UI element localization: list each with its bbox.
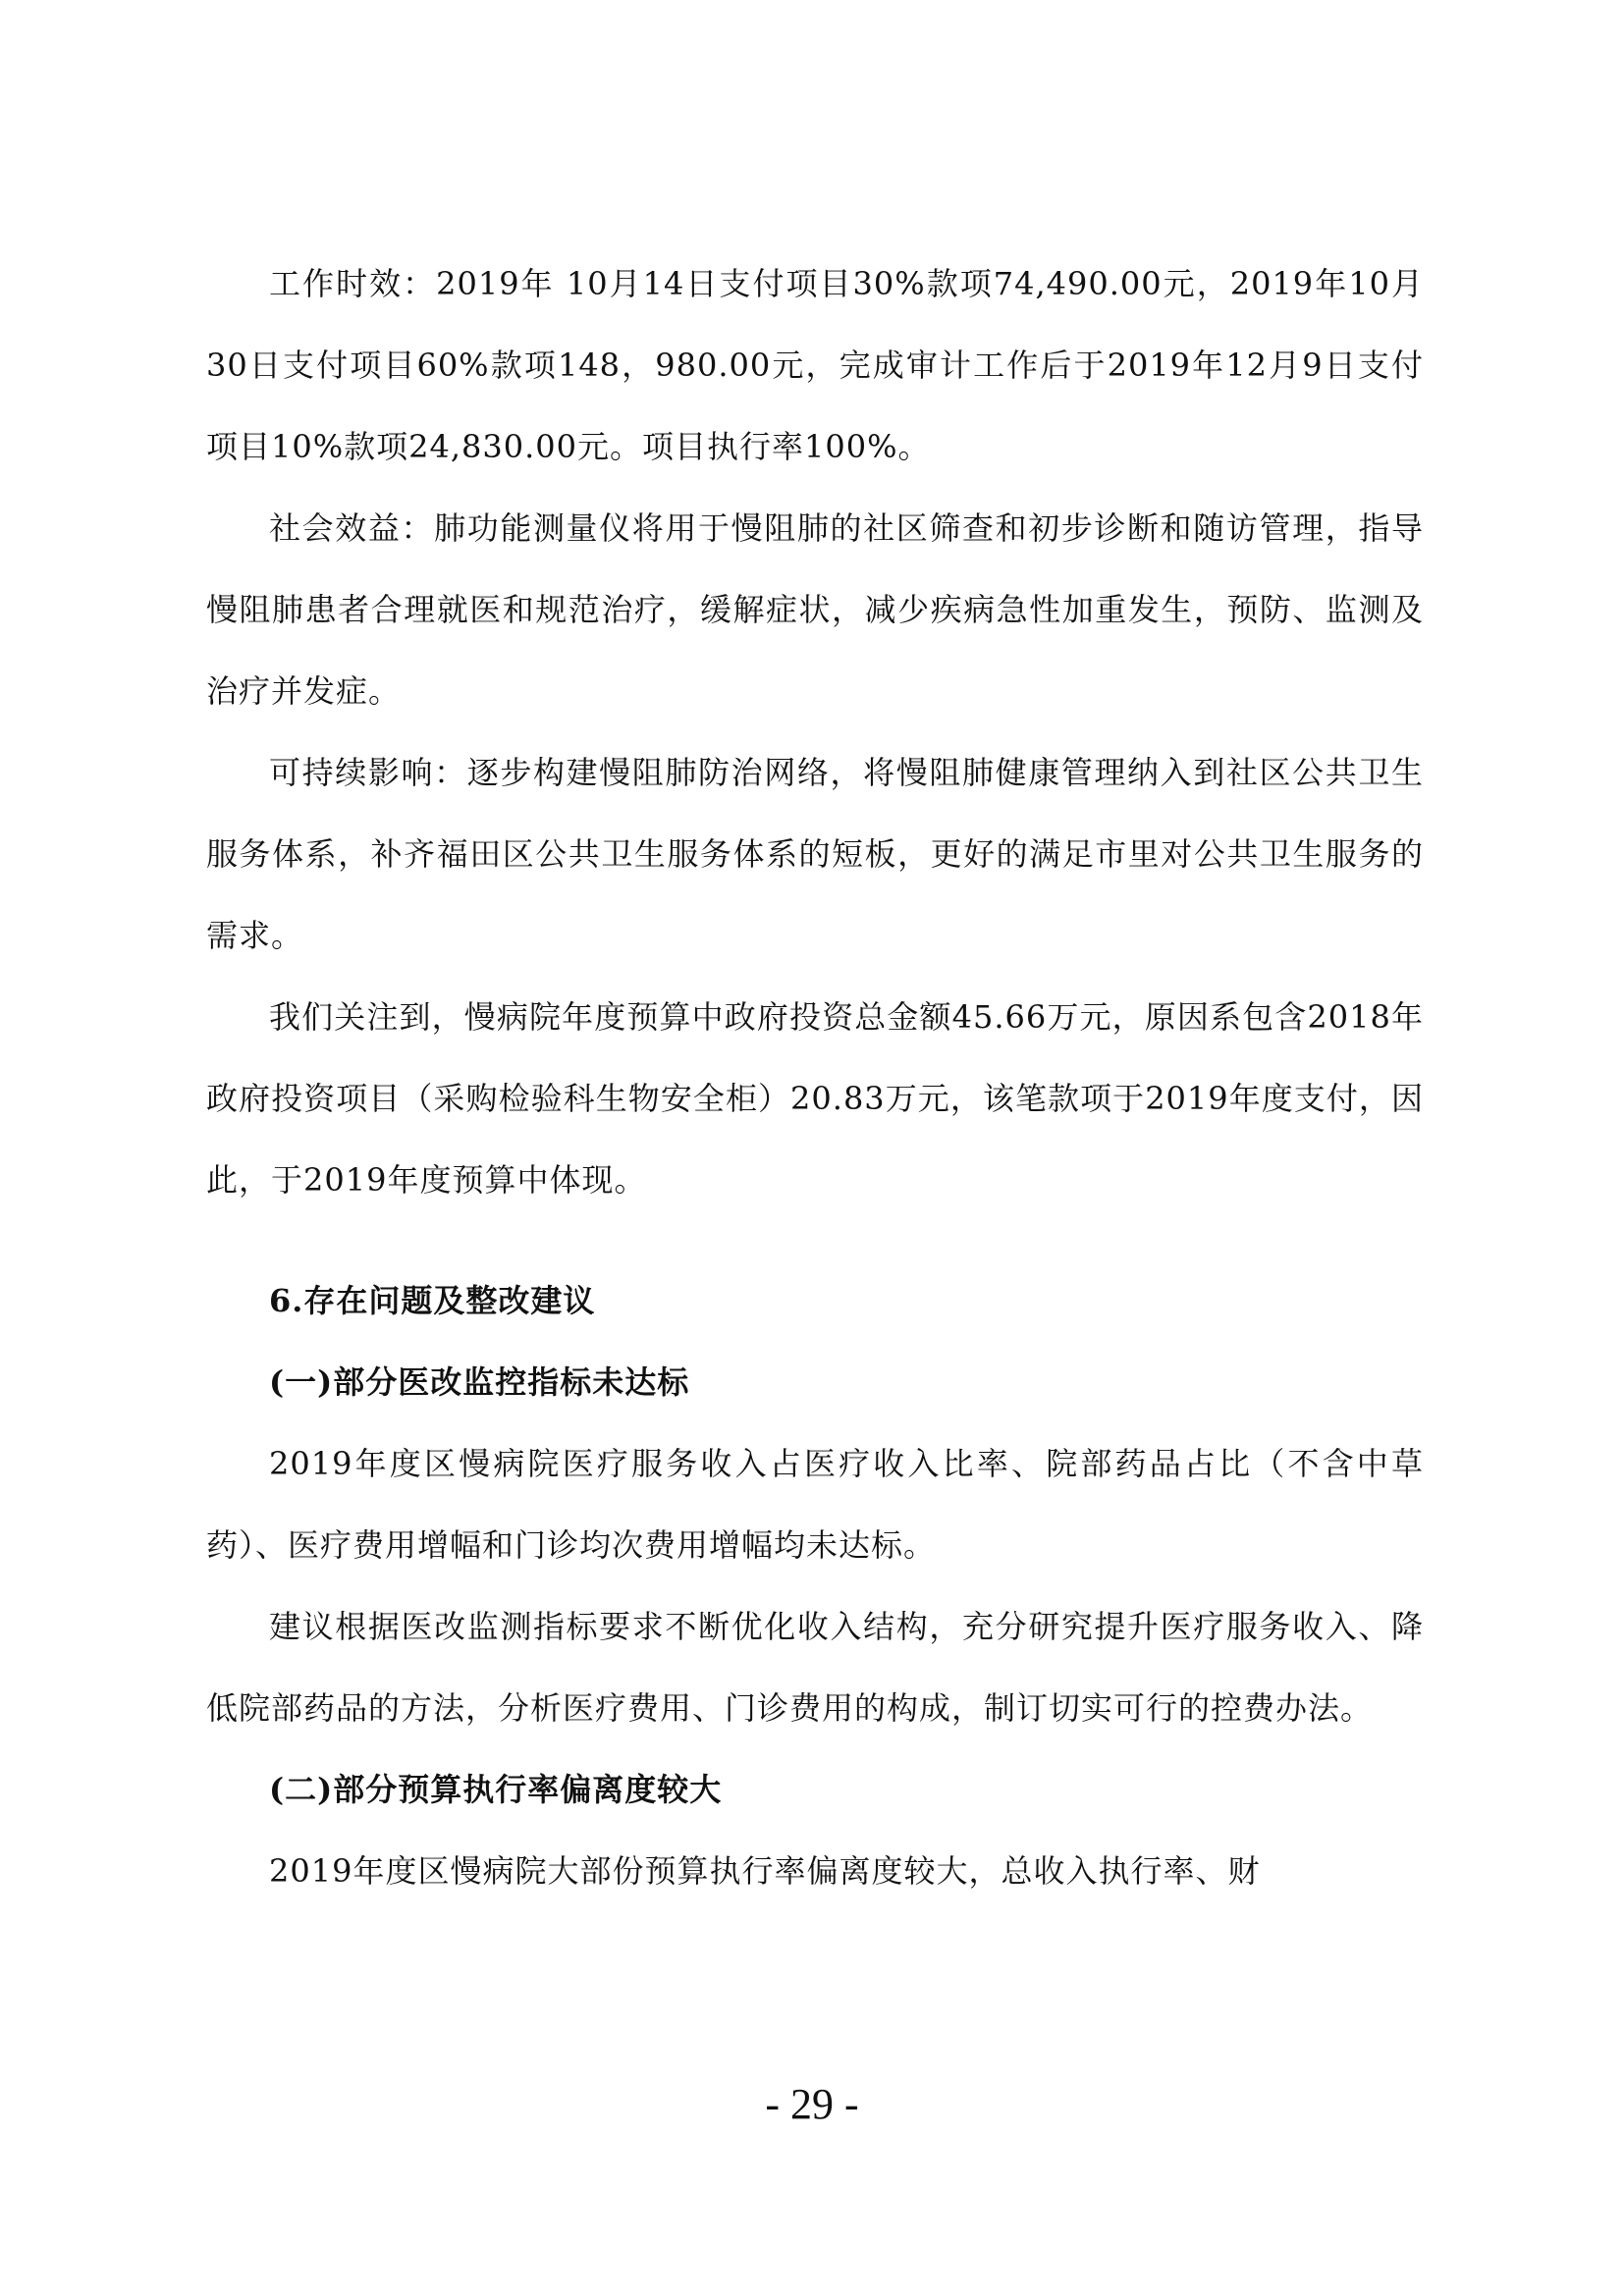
subsection-title-2: (二)部分预算执行率偏离度较大: [206, 1749, 1424, 1831]
paragraph-social-benefit: 社会效益：肺功能测量仪将用于慢阻肺的社区筛查和初步诊断和随访管理，指导慢阻肺患者…: [206, 488, 1424, 732]
paragraph-sustainable-impact: 可持续影响：逐步构建慢阻肺防治网络，将慢阻肺健康管理纳入到社区公共卫生服务体系，…: [206, 732, 1424, 977]
paragraph-work-timeliness: 工作时效：2019年 10月14日支付项目30%款项74,490.00元，201…: [206, 243, 1424, 488]
subsection-2-paragraph-1: 2019年度区慢病院大部份预算执行率偏离度较大，总收入执行率、财: [206, 1831, 1424, 1912]
document-page: 工作时效：2019年 10月14日支付项目30%款项74,490.00元，201…: [0, 0, 1624, 2296]
subsection-title-1: (一)部分医改监控指标未达标: [206, 1342, 1424, 1423]
page-number: - 29 -: [0, 2079, 1624, 2129]
paragraph-attention-note: 我们关注到，慢病院年度预算中政府投资总金额45.66万元，原因系包含2018年政…: [206, 977, 1424, 1221]
document-body: 工作时效：2019年 10月14日支付项目30%款项74,490.00元，201…: [206, 243, 1424, 1912]
subsection-1-paragraph-1: 2019年度区慢病院医疗服务收入占医疗收入比率、院部药品占比（不含中草药）、医疗…: [206, 1423, 1424, 1586]
section-heading: 6.存在问题及整改建议: [206, 1260, 1424, 1342]
subsection-1-paragraph-2: 建议根据医改监测指标要求不断优化收入结构，充分研究提升医疗服务收入、降低院部药品…: [206, 1586, 1424, 1749]
